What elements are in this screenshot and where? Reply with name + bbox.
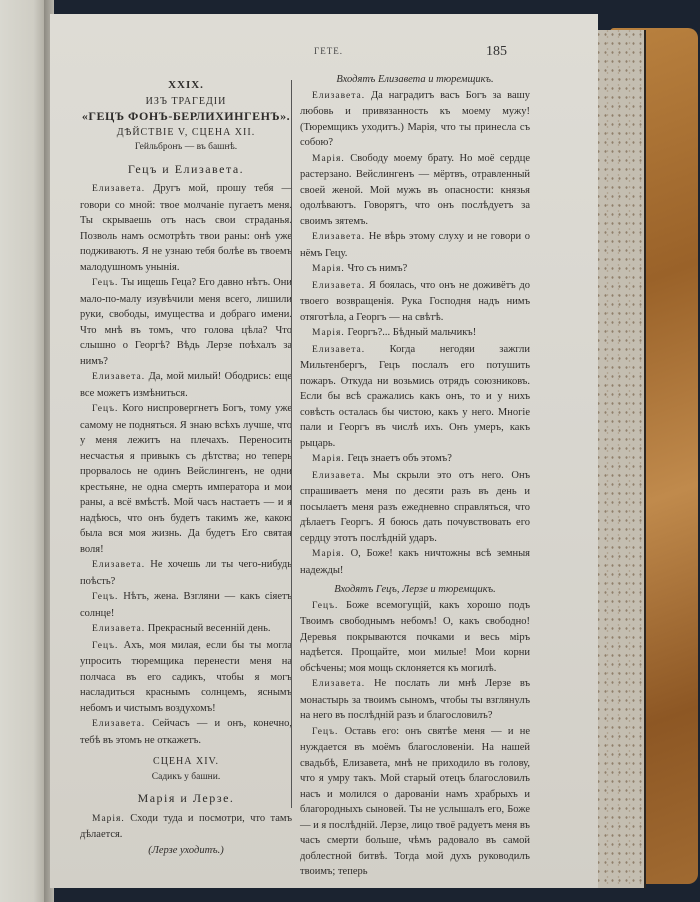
page-number: 185 [486,44,507,60]
tragedy-title: «ГЕЦЪ ФОНЪ-БЕРЛИХИНГЕНЪ». [80,109,292,125]
speech: Елизавета. Когда негодяи зажгли Мильтенб… [300,342,530,452]
from-tragedy: ИЗЪ ТРАГЕДІИ [80,94,292,110]
stage-direction: Входятъ Гецъ, Лерзе и тюремщикъ. [300,582,530,598]
setting: Садикъ у башни. [80,770,292,786]
speech: Елизавета. Не хочешь ли ты чего-нибудь п… [80,557,292,589]
left-column: XXIX. ИЗЪ ТРАГЕДІИ «ГЕЦЪ ФОНЪ-БЕРЛИХИНГЕ… [80,72,292,858]
speech: Гецъ. Нѣтъ, жена. Взгляни — какъ сіяетъ … [80,589,292,621]
running-head: ГЕТЕ. [314,46,343,56]
speech: Елизавета. Не вѣрь этому слуху и не гово… [300,229,530,261]
speech: Елизавета. Да, мой милый! Ободрись: еще … [80,369,292,401]
speech: Елизавета. Да наградитъ васъ Богъ за ваш… [300,88,530,151]
speech: Елизавета. Я боялась, что онъ не доживёт… [300,278,530,326]
speech: Елизавета. Сейчасъ — и онъ, конечно, теб… [80,716,292,748]
act-scene: ДѢЙСТВІЕ V, СЦЕНА XII. [80,125,292,141]
speech: Марія. Гецъ знаетъ объ этомъ? [300,451,530,468]
column-divider [291,80,292,808]
right-column: Входятъ Елизавета и тюремщикъ. Елизавета… [300,72,530,880]
persons: Гецъ и Елизавета. [80,162,292,178]
scene-heading: СЦЕНА XIV. [80,754,292,770]
speech: Елизавета. Другъ мой, прошу тебя — говор… [80,181,292,275]
stage-direction: (Лерзе уходитъ.) [80,843,292,859]
speech: Марія. Сходи туда и посмотри, что тамъ д… [80,811,292,843]
setting: Гейльбронъ — въ башнѣ. [80,140,292,156]
speech: Гецъ. Кого ниспровергнетъ Богъ, тому уже… [80,401,292,557]
stage-direction: Входятъ Елизавета и тюремщикъ. [300,72,530,88]
persons: Марія и Лерзе. [80,791,292,807]
speech: Елизавета. Не послать ли мнѣ Лерзе въ мо… [300,676,530,724]
speech: Елизавета. Мы скрыли это отъ него. Онъ с… [300,468,530,547]
speech: Елизавета. Прекрасный весенній день. [80,621,292,638]
speech: Гецъ. Боже всемогущій, какъ хорошо подъ … [300,598,530,677]
previous-page-edge [0,0,48,902]
speech: Марія. Георгъ?... Бѣдный мальчикъ! [300,325,530,342]
section-number: XXIX. [80,78,292,94]
book-page: ГЕТЕ. 185 XXIX. ИЗЪ ТРАГЕДІИ «ГЕЦЪ ФОНЪ-… [50,14,598,888]
speech: Марія. Что съ нимъ? [300,261,530,278]
speech: Гецъ. Ахъ, моя милая, если бы ты могла у… [80,638,292,717]
speech: Марія. Свободу моему брату. Но моё сердц… [300,151,530,230]
speech: Марія. О, Боже! какъ ничтожны всѣ земныя… [300,546,530,578]
speech: Гецъ. Ты ищешь Геца? Его давно нѣтъ. Они… [80,275,292,369]
speech: Гецъ. Оставь его: онъ святѣе меня — и не… [300,724,530,880]
